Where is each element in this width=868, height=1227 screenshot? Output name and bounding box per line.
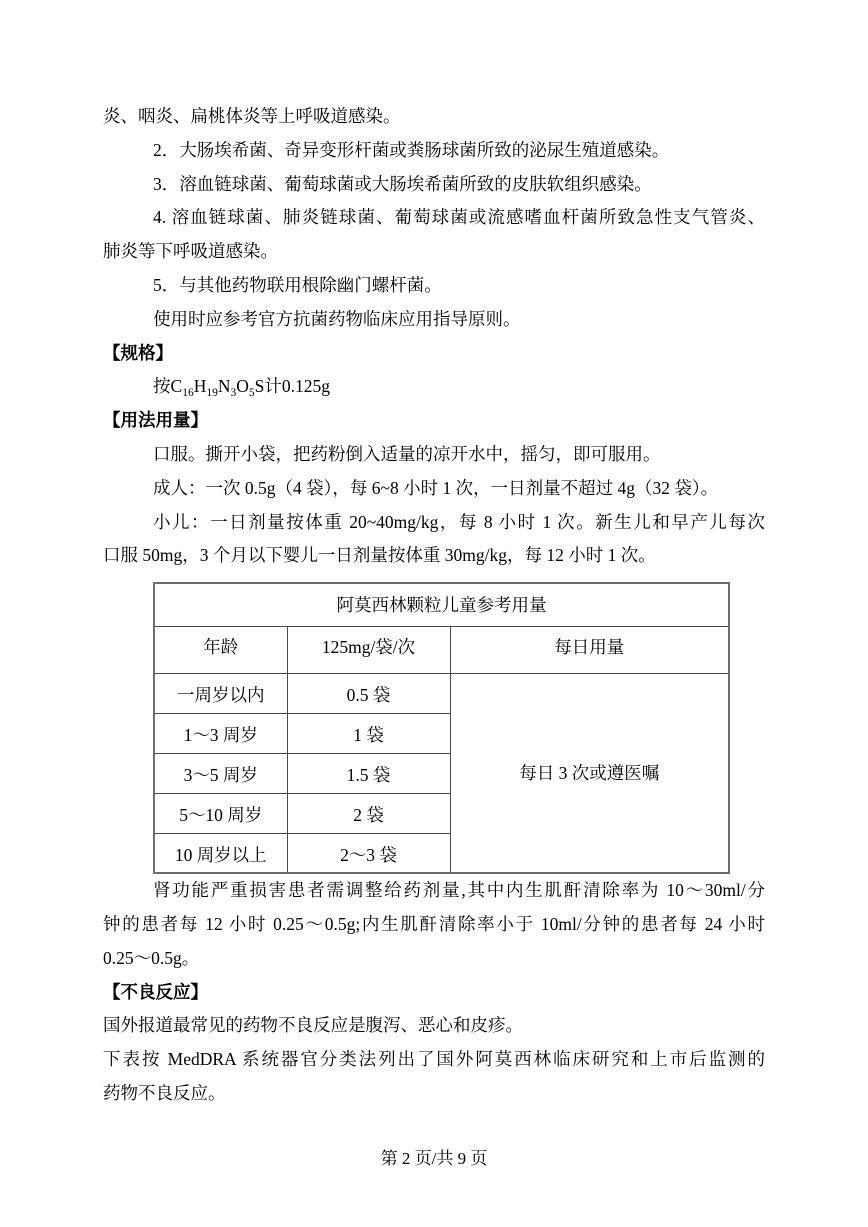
table-title: 阿莫西林颗粒儿童参考用量 <box>154 583 729 626</box>
usage-child-line-1: 小儿：一日剂量按体重 20~40mg/kg，每 8 小时 1 次。新生儿和早产儿… <box>103 506 765 540</box>
renal-dosage-line-3: 0.25～0.5g。 <box>103 942 765 976</box>
section-heading-adverse: 【不良反应】 <box>103 976 765 1010</box>
spec-formula-line: 按C16H19N3O5S计0.125g <box>103 370 765 404</box>
column-header-daily-dosage: 每日用量 <box>450 626 729 673</box>
formula-part: 按C <box>153 376 182 396</box>
formula-part: O <box>236 376 249 396</box>
formula-subscript: 16 <box>182 387 194 399</box>
usage-child-line-2: 口服 50mg，3 个月以下婴儿一日剂量按体重 30mg/kg，每 12 小时 … <box>103 539 765 573</box>
indication-item-4-line-1: 4. 溶血链球菌、肺炎链球菌、葡萄球菌或流感嗜血杆菌所致急性支气管炎、 <box>103 201 765 235</box>
adverse-meddra-line-2: 药物不良反应。 <box>103 1077 765 1111</box>
formula-part: H <box>194 376 207 396</box>
adverse-meddra-line-1: 下表按 MedDRA 系统器官分类法列出了国外阿莫西林临床研究和上市后监测的 <box>103 1043 765 1077</box>
adverse-common-line: 国外报道最常见的药物不良反应是腹泻、恶心和皮疹。 <box>103 1009 765 1043</box>
section-heading-spec: 【规格】 <box>103 337 765 371</box>
table-title-row: 阿莫西林颗粒儿童参考用量 <box>154 583 729 626</box>
dose-cell: 1.5 袋 <box>287 753 450 793</box>
dose-cell: 0.5 袋 <box>287 673 450 713</box>
age-cell: 3～5 周岁 <box>154 753 287 793</box>
indication-item-4-line-2: 肺炎等下呼吸道感染。 <box>103 235 765 269</box>
formula-part: N <box>218 376 231 396</box>
column-header-age: 年龄 <box>154 626 287 673</box>
renal-dosage-line-2: 钟的患者每 12 小时 0.25～0.5g;内生肌酐清除率小于 10ml/分钟的… <box>103 908 765 942</box>
dose-cell: 1 袋 <box>287 713 450 753</box>
usage-oral-line: 口服。撕开小袋，把药粉倒入适量的凉开水中，摇匀，即可服用。 <box>103 438 765 472</box>
indication-item-5: 5．与其他药物联用根除幽门螺杆菌。 <box>103 269 765 303</box>
document-body: 炎、咽炎、扁桃体炎等上呼吸道感染。 2．大肠埃希菌、奇异变形杆菌或粪肠球菌所致的… <box>103 100 765 1111</box>
age-cell: 5～10 周岁 <box>154 793 287 833</box>
indication-item-3: 3．溶血链球菌、葡萄球菌或大肠埃希菌所致的皮肤软组织感染。 <box>103 168 765 202</box>
indication-item-2: 2．大肠埃希菌、奇异变形杆菌或粪肠球菌所致的泌尿生殖道感染。 <box>103 134 765 168</box>
age-cell: 一周岁以内 <box>154 673 287 713</box>
document-page: 炎、咽炎、扁桃体炎等上呼吸道感染。 2．大肠埃希菌、奇异变形杆菌或粪肠球菌所致的… <box>0 0 868 1227</box>
dose-cell: 2 袋 <box>287 793 450 833</box>
formula-subscript: 19 <box>206 387 218 399</box>
age-cell: 10 周岁以上 <box>154 833 287 873</box>
pediatric-dosage-table: 阿莫西林颗粒儿童参考用量 年龄 125mg/袋/次 每日用量 一周岁以内 0.5… <box>153 582 730 874</box>
age-cell: 1～3 周岁 <box>154 713 287 753</box>
usage-adult-line: 成人：一次 0.5g（4 袋），每 6~8 小时 1 次，一日剂量不超过 4g（… <box>103 472 765 506</box>
section-heading-usage: 【用法用量】 <box>103 404 765 438</box>
renal-dosage-line-1: 肾功能严重损害患者需调整给药剂量,其中内生肌酐清除率为 10～30ml/分 <box>103 874 765 908</box>
table-header-row: 年龄 125mg/袋/次 每日用量 <box>154 626 729 673</box>
daily-frequency-cell: 每日 3 次或遵医嘱 <box>450 673 729 873</box>
table-row: 一周岁以内 0.5 袋 每日 3 次或遵医嘱 <box>154 673 729 713</box>
dose-cell: 2～3 袋 <box>287 833 450 873</box>
usage-guidance-note: 使用时应参考官方抗菌药物临床应用指导原则。 <box>103 303 765 337</box>
indication-continued-line: 炎、咽炎、扁桃体炎等上呼吸道感染。 <box>103 100 765 134</box>
page-footer: 第 2 页/共 9 页 <box>0 1146 868 1172</box>
column-header-per-dose: 125mg/袋/次 <box>287 626 450 673</box>
formula-part: S计0.125g <box>255 376 330 396</box>
